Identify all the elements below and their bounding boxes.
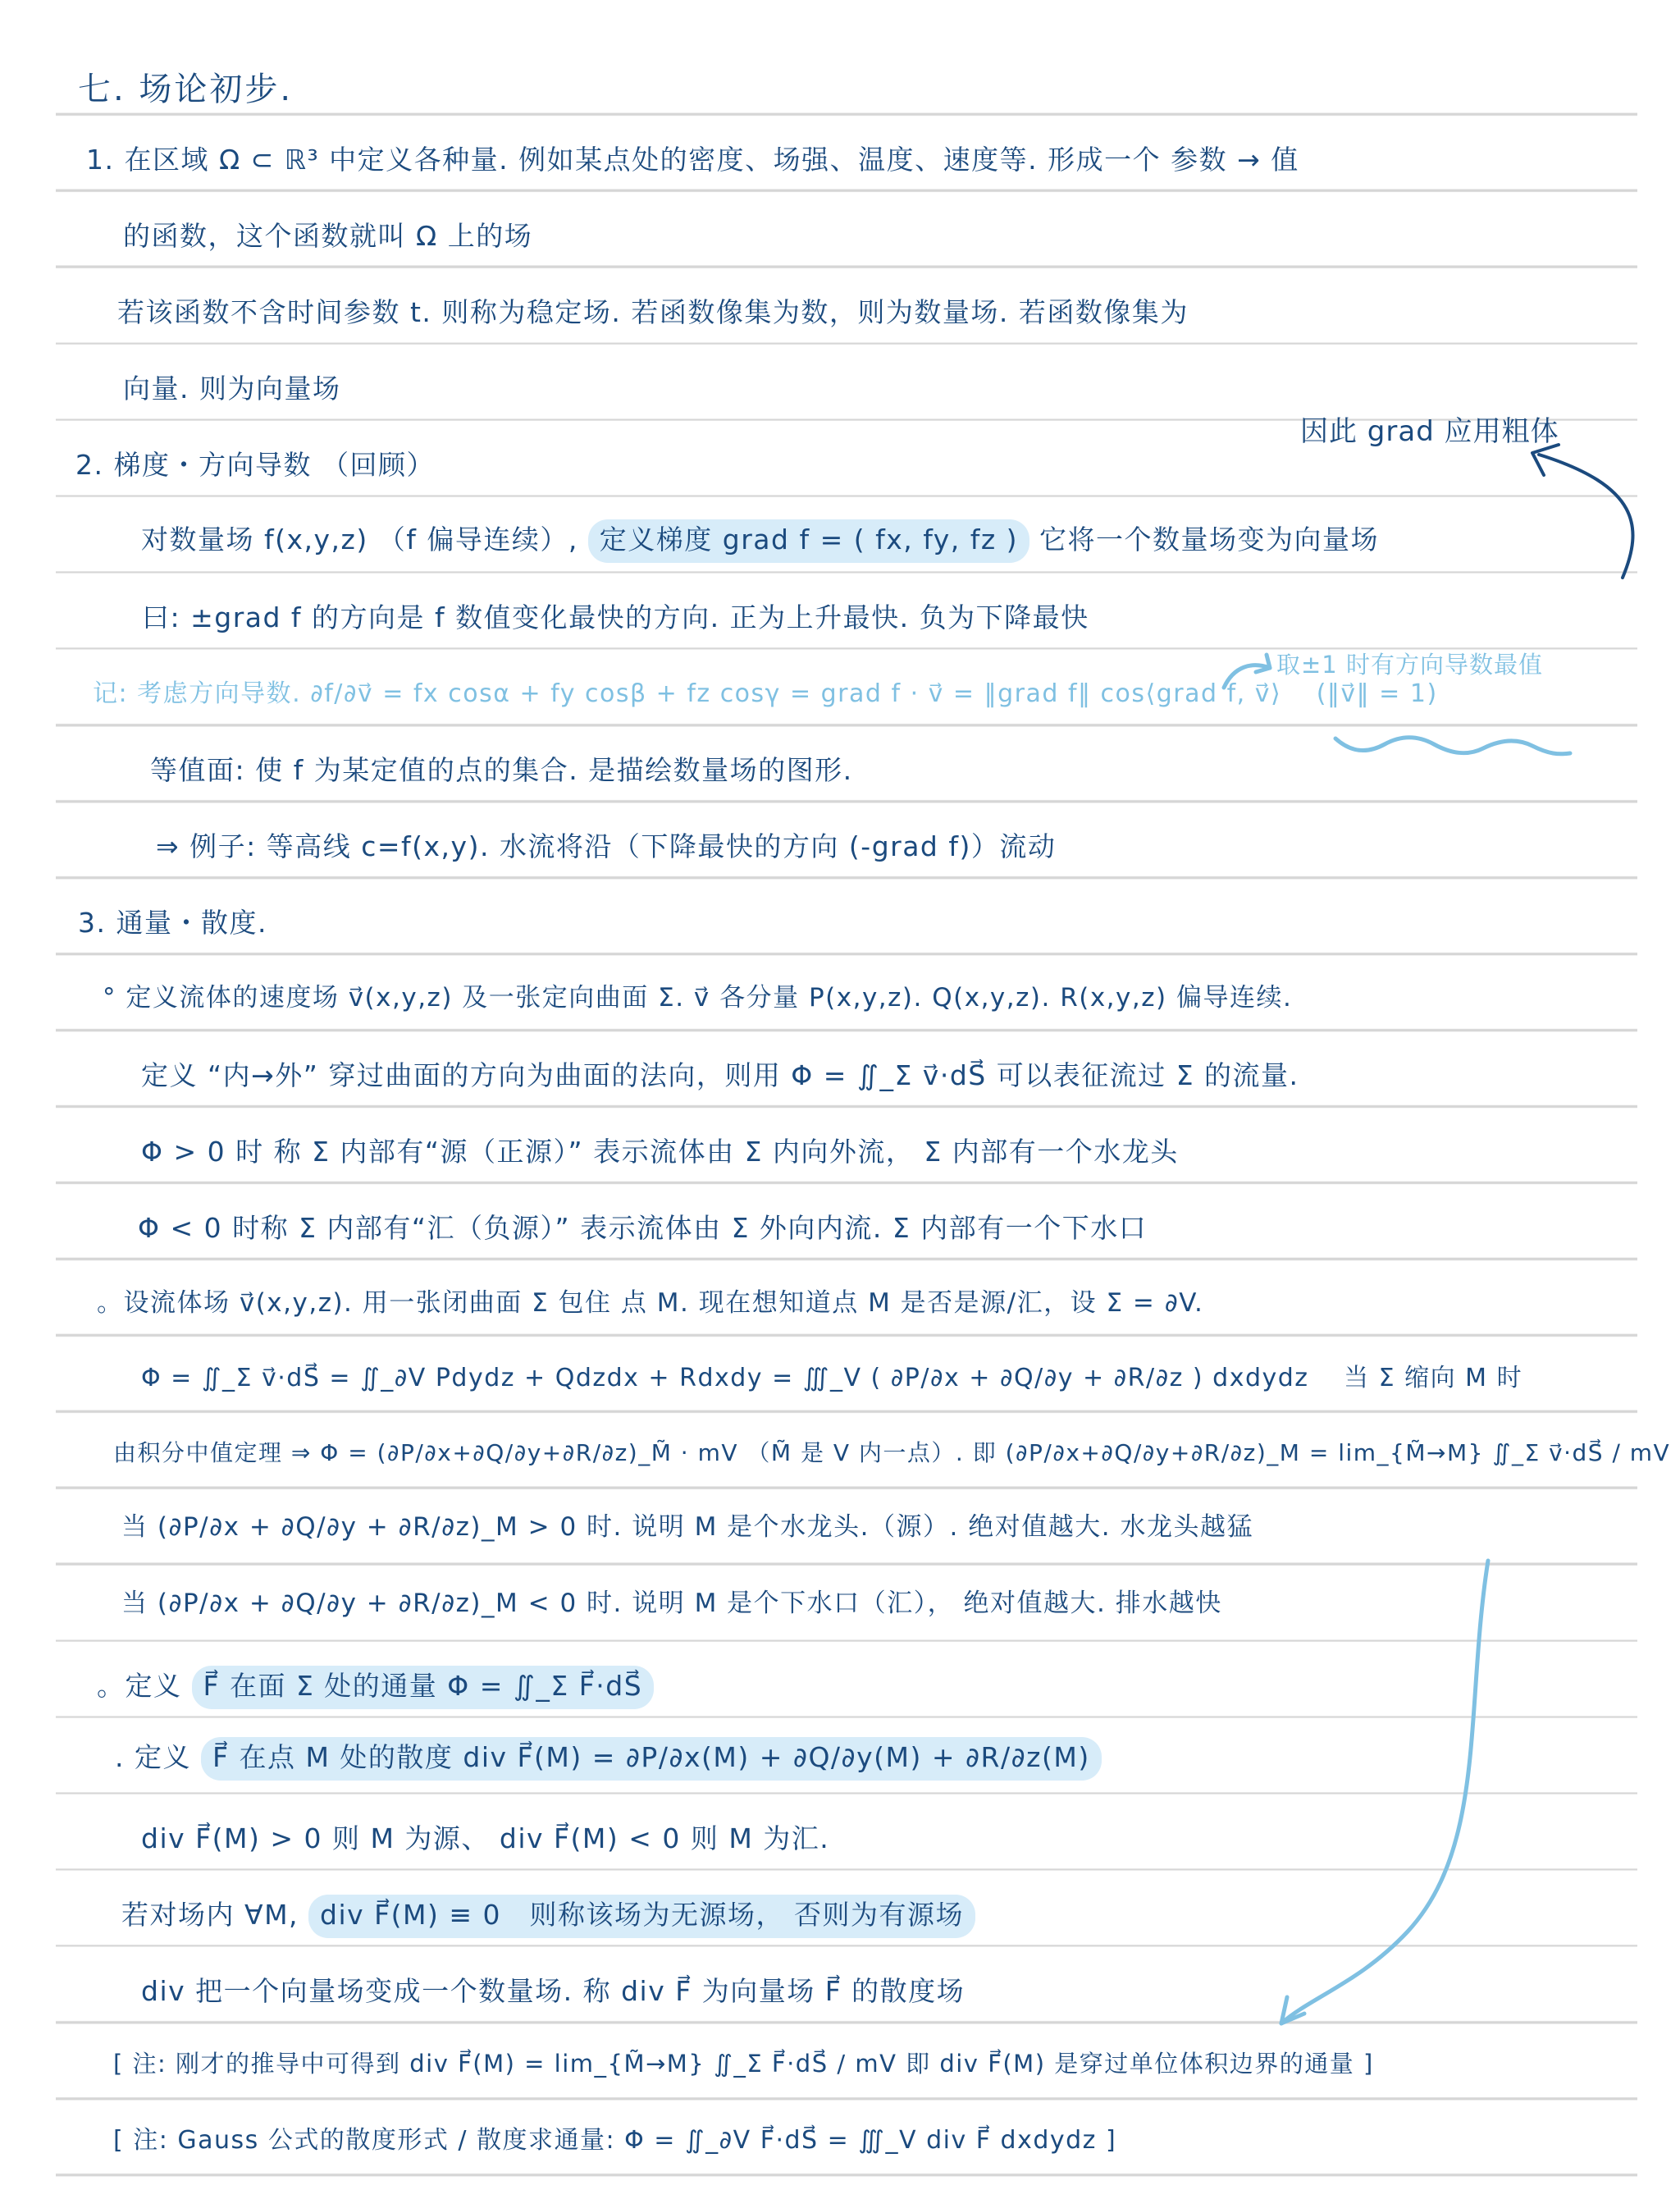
section-flux-divergence: 3. 通量・散度.	[78, 905, 267, 942]
note-line-gauss-expansion: Φ = ∬_Σ v⃗·dS⃗ = ∬_∂V Pdydz + Qdzdx + Rd…	[141, 1362, 1522, 1396]
handwritten-text: 它将一个数量场变为向量场	[1029, 523, 1379, 556]
note-line-grad-def: 对数量场 f(x,y,z) （f 偏导连续）, 定义梯度 grad f = ( …	[141, 522, 1379, 559]
note-line-defn-field-1: 1. 在区域 Ω ⊂ ℝ³ 中定义各种量. 例如某点处的密度、场强、温度、速度等…	[86, 142, 1299, 179]
note-line-div-def: . 定义 F⃗ 在点 M 处的散度 div F⃗(M) = ∂P/∂x(M) +…	[115, 1740, 1102, 1776]
note-line-remark-unit-volume: [ 注: 刚才的推导中可得到 div F⃗(M) = lim_{M̃→M} ∬_…	[113, 2048, 1374, 2080]
handwritten-text: div 把一个向量场变成一个数量场. 称 div F⃗ 为向量场 F⃗ 的散度场	[141, 1975, 965, 2007]
note-line-contour-example: ⇒ 例子: 等高线 c=f(x,y). 水流将沿（下降最快的方向 (-grad …	[156, 829, 1056, 866]
handwritten-text: ⇒ 例子: 等高线 c=f(x,y). 水流将沿（下降最快的方向 (-grad …	[156, 830, 1056, 862]
handwritten-text: 曰: ±grad f 的方向是 f 数值变化最快的方向. 正为上升最快. 负为下…	[142, 601, 1089, 633]
page-title: 七. 场论初步.	[78, 67, 293, 112]
highlighted-text: 定义梯度 grad f = ( fx, fy, fz )	[588, 519, 1029, 563]
notebook-page: 七. 场论初步.1. 在区域 Ω ⊂ ℝ³ 中定义各种量. 例如某点处的密度、场…	[0, 0, 1680, 2190]
handwritten-text: 1. 在区域 Ω ⊂ ℝ³ 中定义各种量. 例如某点处的密度、场强、温度、速度等…	[86, 144, 1299, 176]
handwritten-text: 对数量场 f(x,y,z) （f 偏导连续）,	[141, 523, 588, 556]
note-line-div-field: div 把一个向量场变成一个数量场. 称 div F⃗ 为向量场 F⃗ 的散度场	[141, 1973, 965, 2010]
note-line-enclose-M: 。设流体场 v⃗(x,y,z). 用一张闭曲面 Σ 包住 点 M. 现在想知道点…	[97, 1287, 1203, 1321]
note-line-flux-def: 定义 “内→外” 穿过曲面的方向为曲面的法向，则用 Φ = ∬_Σ v⃗·dS⃗…	[141, 1058, 1299, 1095]
handwritten-text: Φ = ∬_Σ v⃗·dS⃗ = ∬_∂V Pdydz + Qdzdx + Rd…	[141, 1364, 1522, 1392]
note-line-div-sign: div F⃗(M) > 0 则 M 为源、 div F⃗(M) < 0 则 M …	[141, 1821, 829, 1858]
margin-note-grad-bold: 因此 grad 应用粗体	[1300, 409, 1559, 449]
handwritten-text: 2. 梯度・方向导数 （回顾）	[75, 449, 435, 481]
note-line-defn-field-2: 的函数，这个函数就叫 Ω 上的场	[123, 218, 532, 255]
note-line-level-surface: 等值面: 使 f 为某定值的点的集合. 是描绘数量场的图形.	[150, 752, 853, 789]
note-line-remark-gauss: [ 注: Gauss 公式的散度形式 / 散度求通量: Φ = ∬_∂V F⃗·…	[113, 2124, 1116, 2158]
note-line-grad-direction: 曰: ±grad f 的方向是 f 数值变化最快的方向. 正为上升最快. 负为下…	[142, 600, 1089, 637]
handwritten-text: 的函数，这个函数就叫 Ω 上的场	[123, 220, 532, 252]
handwritten-text: [ 注: Gauss 公式的散度形式 / 散度求通量: Φ = ∬_∂V F⃗·…	[113, 2126, 1116, 2155]
note-line-positive-source: 当 (∂P/∂x + ∂Q/∂y + ∂R/∂z)_M > 0 时. 说明 M …	[121, 1511, 1253, 1545]
handwritten-text: 由积分中值定理 ⇒ Φ = (∂P/∂x+∂Q/∂y+∂R/∂z)_M̃ · m…	[113, 1439, 1670, 1466]
note-line-steady-field: 若该函数不含时间参数 t. 则称为稳定场. 若函数像集为数，则为数量场. 若函数…	[117, 295, 1189, 331]
handwritten-text: div F⃗(M) > 0 则 M 为源、 div F⃗(M) < 0 则 M …	[141, 1822, 829, 1854]
handwritten-text: 定义 “内→外” 穿过曲面的方向为曲面的法向，则用 Φ = ∬_Σ v⃗·dS⃗…	[141, 1059, 1299, 1091]
handwritten-text: 当 (∂P/∂x + ∂Q/∂y + ∂R/∂z)_M < 0 时. 说明 M …	[121, 1589, 1222, 1618]
note-line-velocity-field: ° 定义流体的速度场 v⃗(x,y,z) 及一张定向曲面 Σ. v⃗ 各分量 P…	[103, 981, 1292, 1016]
handwritten-text: 七. 场论初步.	[78, 71, 293, 108]
note-line-sink: Φ < 0 时称 Σ 内部有“汇（负源）” 表示流体由 Σ 外向内流. Σ 内部…	[138, 1210, 1147, 1247]
handwritten-text: 。定义	[97, 1670, 192, 1702]
highlighted-text: F⃗ 在面 Σ 处的通量 Φ = ∬_Σ F⃗·dS⃗	[192, 1666, 655, 1709]
note-line-mean-value: 由积分中值定理 ⇒ Φ = (∂P/∂x+∂Q/∂y+∂R/∂z)_M̃ · m…	[113, 1438, 1670, 1469]
handwritten-text: 若对场内 ∀M,	[121, 1899, 308, 1931]
note-line-sourceless: 若对场内 ∀M, div F⃗(M) ≡ 0 则称该场为无源场， 否则为有源场	[121, 1897, 975, 1934]
handwritten-text: 记: 考虑方向导数. ∂f/∂v⃗ = fx cosα + fy cosβ + …	[93, 679, 1438, 708]
note-line-directional-derivative: 记: 考虑方向导数. ∂f/∂v⃗ = fx cosα + fy cosβ + …	[93, 678, 1438, 711]
note-line-flux-highlight: 。定义 F⃗ 在面 Σ 处的通量 Φ = ∬_Σ F⃗·dS⃗	[97, 1668, 654, 1705]
note-line-negative-sink: 当 (∂P/∂x + ∂Q/∂y + ∂R/∂z)_M < 0 时. 说明 M …	[121, 1587, 1222, 1621]
handwritten-text: [ 注: 刚才的推导中可得到 div F⃗(M) = lim_{M̃→M} ∬_…	[113, 2050, 1374, 2078]
handwritten-text: Φ < 0 时称 Σ 内部有“汇（负源）” 表示流体由 Σ 外向内流. Σ 内部…	[138, 1212, 1147, 1244]
handwritten-text: ° 定义流体的速度场 v⃗(x,y,z) 及一张定向曲面 Σ. v⃗ 各分量 P…	[103, 983, 1292, 1013]
highlighted-text: div F⃗(M) ≡ 0 则称该场为无源场， 否则为有源场	[308, 1895, 975, 1938]
highlighted-text: F⃗ 在点 M 处的散度 div F⃗(M) = ∂P/∂x(M) + ∂Q/∂…	[201, 1737, 1102, 1781]
handwritten-text: 3. 通量・散度.	[78, 907, 267, 939]
handwritten-text: Φ > 0 时 称 Σ 内部有“源（正源）” 表示流体由 Σ 内向外流， Σ 内…	[141, 1136, 1179, 1168]
handwritten-text: 当 (∂P/∂x + ∂Q/∂y + ∂R/∂z)_M > 0 时. 说明 M …	[121, 1512, 1253, 1542]
handwritten-text: 等值面: 使 f 为某定值的点的集合. 是描绘数量场的图形.	[150, 754, 853, 786]
handwritten-text: . 定义	[115, 1741, 201, 1773]
handwritten-text: 。设流体场 v⃗(x,y,z). 用一张闭曲面 Σ 包住 点 M. 现在想知道点…	[97, 1288, 1203, 1318]
note-line-source: Φ > 0 时 称 Σ 内部有“源（正源）” 表示流体由 Σ 内向外流， Σ 内…	[141, 1134, 1179, 1171]
note-line-vector-field: 向量. 则为向量场	[123, 371, 340, 408]
section-gradient: 2. 梯度・方向导数 （回顾）	[75, 447, 435, 484]
handwritten-text: 若该函数不含时间参数 t. 则称为稳定场. 若函数像集为数，则为数量场. 若函数…	[117, 296, 1189, 328]
handwritten-text: 向量. 则为向量场	[123, 373, 340, 405]
margin-note-directional-max: 取±1 时有方向导数最值	[1276, 647, 1543, 680]
